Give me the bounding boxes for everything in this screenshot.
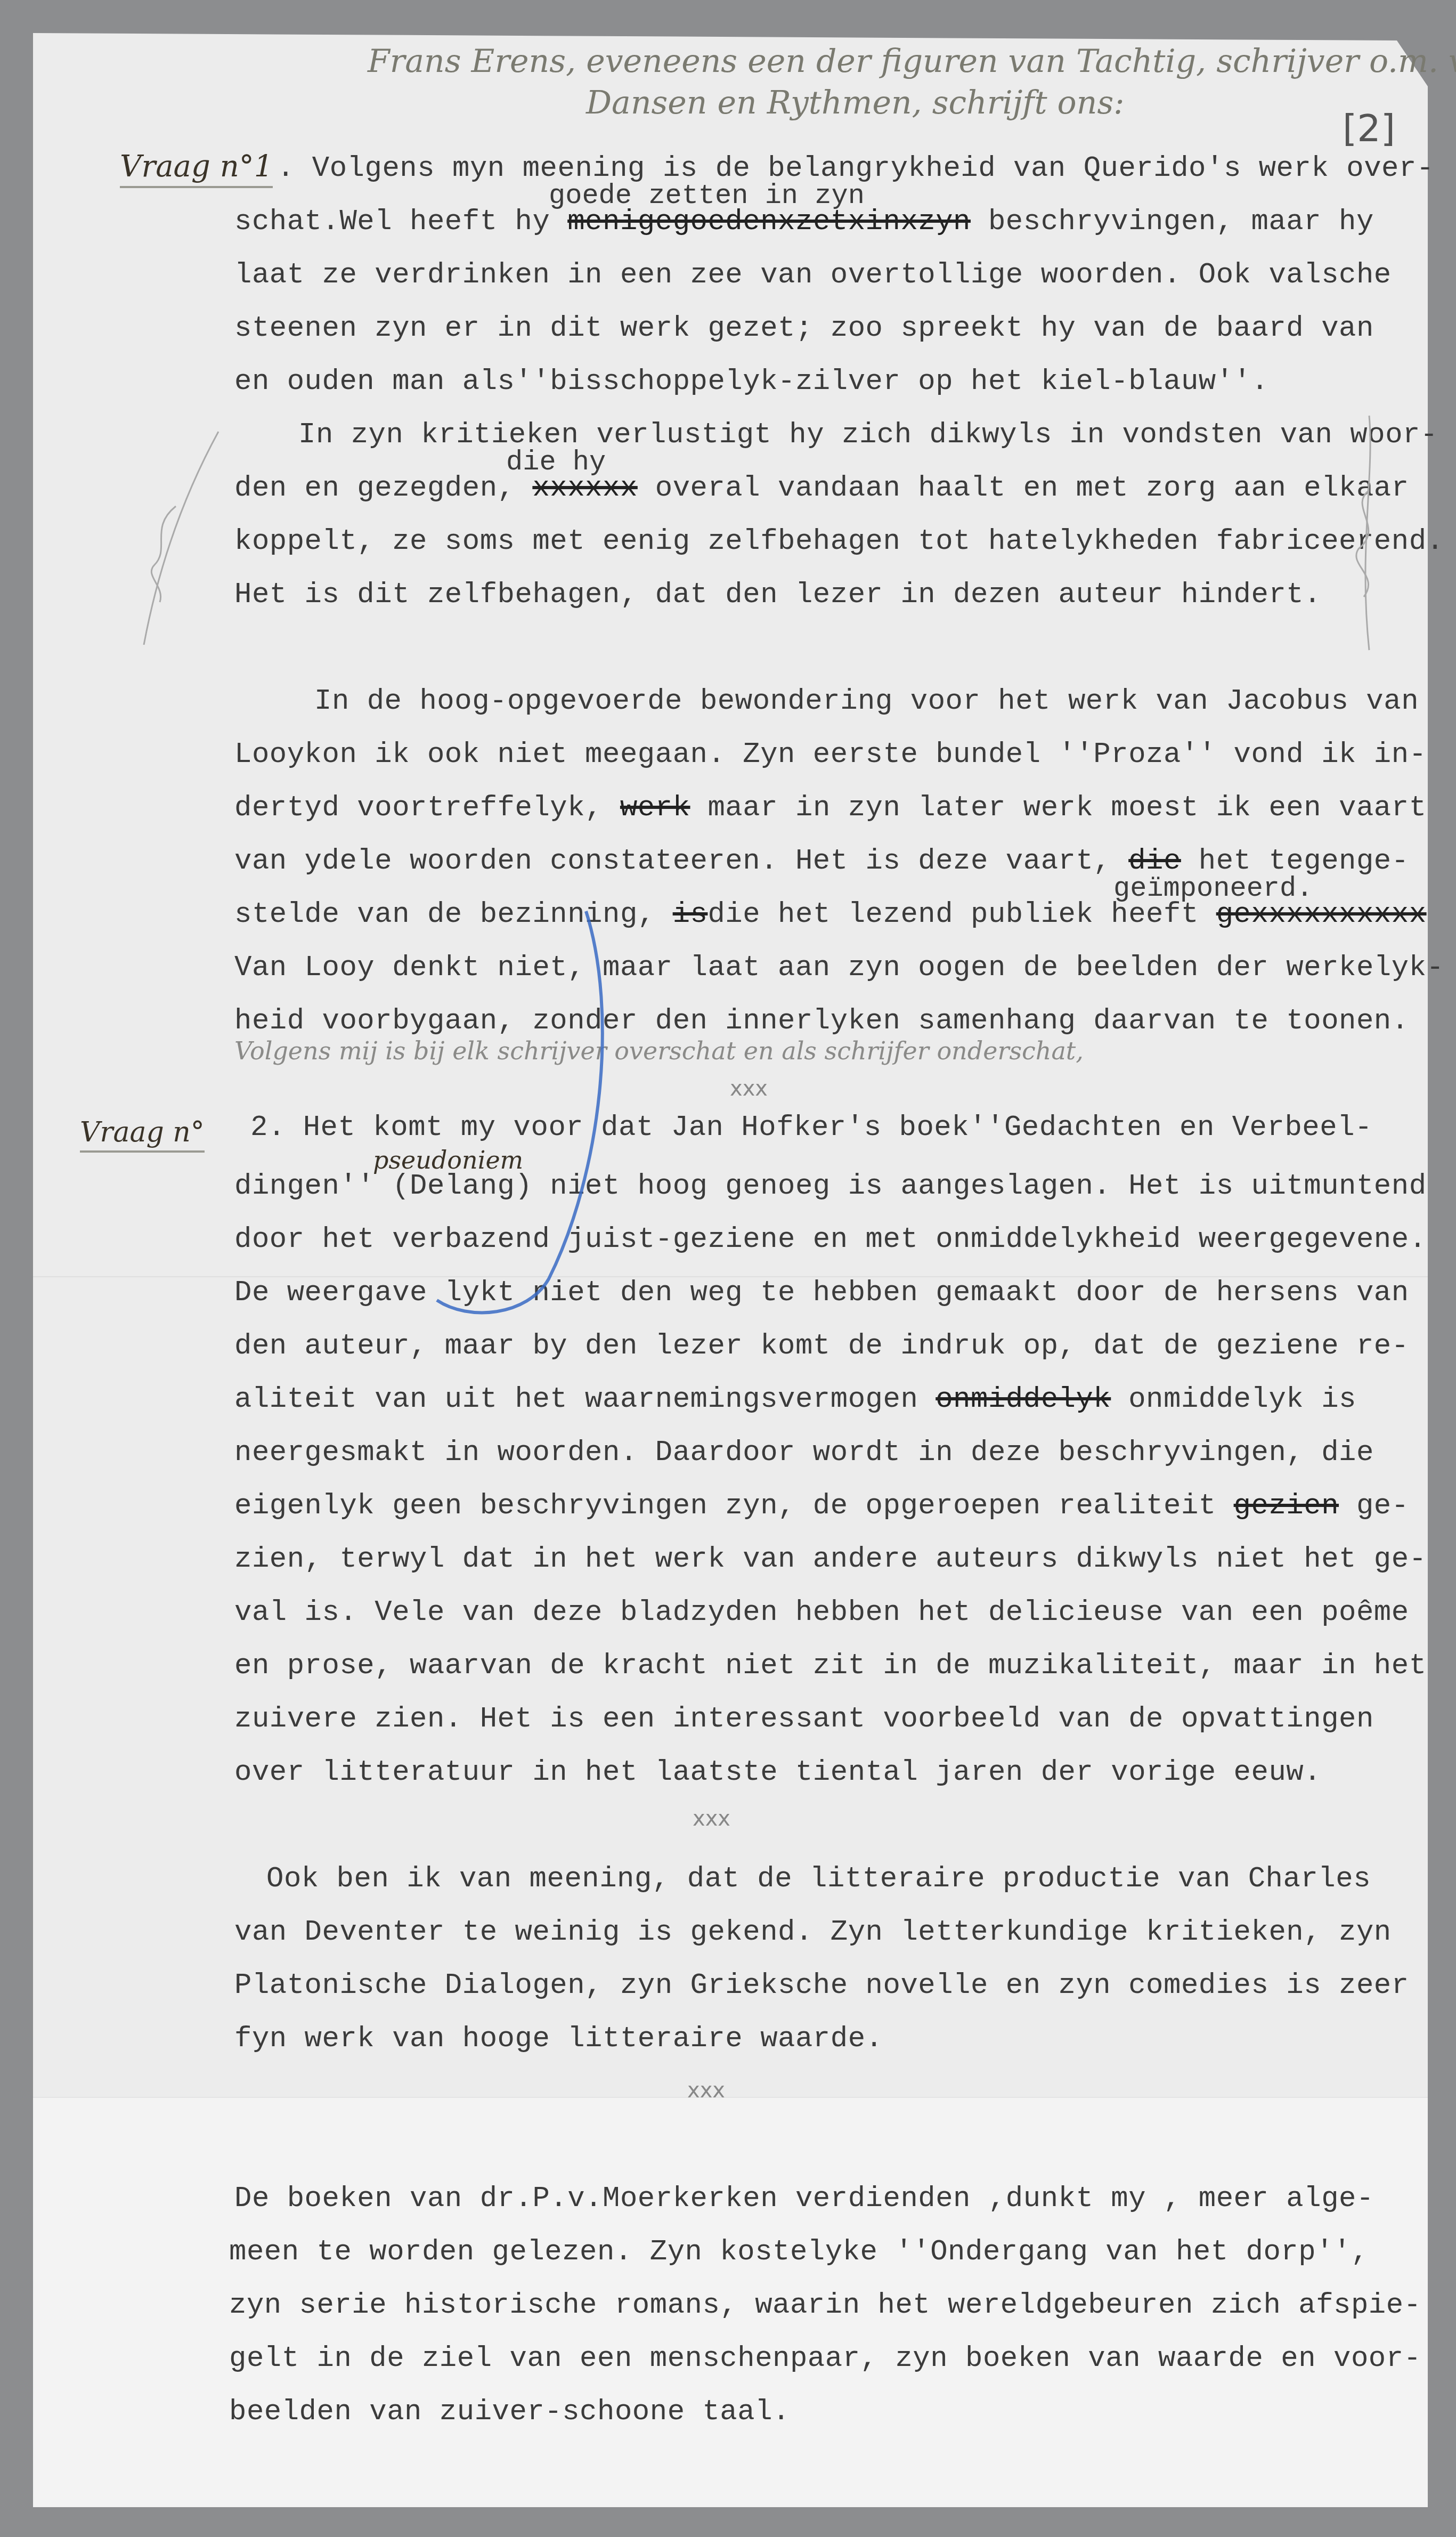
typed-line: koppelt, ze soms met eenig zelfbehagen t… [234, 528, 1444, 556]
fold-line [33, 2097, 1428, 2098]
typed-line: gelt in de ziel van een menschenpaar, zy… [229, 2345, 1421, 2373]
typed-line: zuivere zien. Het is een interessant voo… [234, 1705, 1374, 1734]
typed-line: aliteit van uit het waarnemingsvermogen … [234, 1385, 1356, 1414]
typed-text: beschryvingen, maar hy [971, 206, 1374, 238]
typed-text: onmiddelyk is [1111, 1383, 1356, 1416]
margin-pencil-mark-right [1337, 410, 1401, 655]
typed-line: Platonische Dialogen, zyn Grieksche nove… [234, 1972, 1409, 2000]
typed-line: van Deventer te weinig is gekend. Zyn le… [234, 1918, 1392, 1947]
section-separator: xxx [687, 2078, 725, 2103]
blue-pencil-stroke [373, 906, 639, 1332]
struck-text: gezien [1234, 1490, 1339, 1522]
typed-line: meen te worden gelezen. Zyn kostelyke ''… [229, 2238, 1369, 2267]
typed-text: aliteit van uit het waarnemingsvermogen [234, 1383, 936, 1416]
typed-line: eigenlyk geen beschryvingen zyn, de opge… [234, 1492, 1409, 1521]
typed-text: dertyd voortreffelyk, [234, 792, 620, 824]
typed-line: schat.Wel heeft hy menigegoedenxzetxinxz… [234, 208, 1374, 237]
struck-text: werk [620, 792, 690, 824]
typed-line: In de hoog-opgevoerde bewondering voor h… [314, 687, 1419, 716]
typed-text: die het lezend publiek heeft [707, 898, 1216, 931]
question-label-1: Vraag n°1 [120, 149, 273, 188]
header-note-text: Frans Erens, eveneens een der figuren va… [368, 43, 1456, 80]
typed-line: . Volgens myn meening is de belangrykhei… [277, 155, 1434, 183]
typed-line: dertyd voortreffelyk, werk maar in zyn l… [234, 794, 1427, 823]
typed-line: den en gezegden, xxxxxx overal vandaan h… [234, 474, 1409, 503]
typed-line: neergesmakt in woorden. Daardoor wordt i… [234, 1439, 1374, 1468]
struck-text: gexxxxxxxxxx [1216, 898, 1427, 931]
typed-text: den en gezegden, [234, 472, 532, 505]
typed-line: zien, terwyl dat in het werk van andere … [234, 1545, 1427, 1574]
typed-line: en ouden man als''bisschoppelyk-zilver o… [234, 368, 1268, 396]
typed-text: schat.Wel heeft hy [234, 206, 567, 238]
typed-line: beelden van zuiver-schoone taal. [229, 2398, 790, 2427]
page-number: [2] [1343, 107, 1395, 150]
typed-line: steenen zyn er in dit werk gezet; zoo sp… [234, 314, 1374, 343]
typed-line: fyn werk van hooge litteraire waarde. [234, 2025, 883, 2054]
typed-line: In zyn kritieken verlustigt hy zich dikw… [298, 421, 1438, 450]
typed-line: over litteratuur in het laatste tiental … [234, 1758, 1321, 1787]
typed-line: en prose, waarvan de kracht niet zit in … [234, 1652, 1427, 1681]
typed-line: Het is dit zelfbehagen, dat den lezer in… [234, 581, 1321, 610]
typed-text: eigenlyk geen beschryvingen zyn, de opge… [234, 1490, 1234, 1522]
struck-text: onmiddelyk [936, 1383, 1111, 1416]
struck-text: menigegoedenxzetxinxzyn [567, 206, 971, 238]
typed-line: zyn serie historische romans, waarin het… [229, 2291, 1421, 2320]
typed-text: overal vandaan haalt en met zorg aan elk… [638, 472, 1409, 505]
header-note-line1: Frans Erens, eveneens een der figuren va… [368, 43, 1456, 80]
section-separator: xxx [730, 1076, 768, 1101]
typed-line: van ydele woorden constateeren. Het is d… [234, 847, 1409, 876]
typed-line: Ook ben ik van meening, dat de litterair… [266, 1865, 1371, 1894]
typed-line: laat ze verdrinken in een zee van overto… [234, 261, 1392, 290]
typed-text: ge- [1339, 1490, 1409, 1522]
typed-text: maar in zyn later werk moest ik een vaar… [690, 792, 1427, 824]
margin-pencil-mark-left [139, 426, 234, 650]
header-note-line2: Dansen en Rythmen, schrijft ons: [586, 84, 1124, 121]
question-label-2: Vraag n° [80, 1116, 205, 1153]
section-separator: xxx [693, 1806, 730, 1831]
typed-text: van ydele woorden constateeren. Het is d… [234, 845, 1128, 878]
typed-line: De boeken van dr.P.v.Moerkerken verdiend… [234, 2185, 1374, 2214]
handwritten-addition: Volgens mij is bij elk schrijver oversch… [234, 1036, 1084, 1065]
struck-text: is [673, 898, 708, 931]
typed-line: den auteur, maar by den lezer komt de in… [234, 1332, 1409, 1361]
header-note-text: Dansen en Rythmen, schrijft ons: [586, 84, 1124, 121]
typed-line: Looykon ik ook niet meegaan. Zyn eerste … [234, 741, 1427, 769]
struck-text: xxxxxx [532, 472, 637, 505]
typed-line: val is. Vele van deze bladzyden hebben h… [234, 1599, 1409, 1627]
